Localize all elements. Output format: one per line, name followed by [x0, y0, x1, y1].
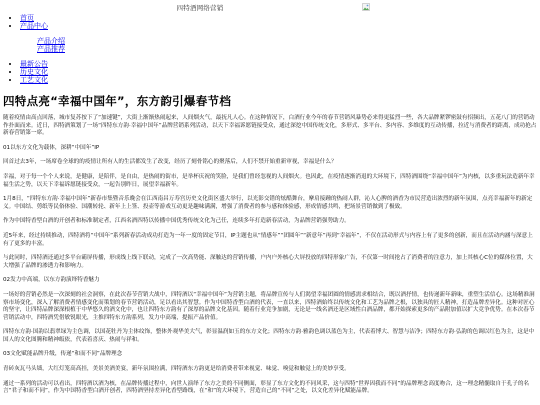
nav-item-news: 最新公告 — [0, 60, 65, 68]
article-paragraph: 作为中国特香型白酒的开创者和标准制定者，江西名酒四特以传播中国优秀传统文化为己任… — [3, 218, 537, 226]
article-paragraph: 回首过去3年，一场席卷全球的的疫情让所有人的生活都发生了改变，经历了刻骨铭心的聚… — [3, 159, 537, 167]
article: 四特点亮“幸福中国年”，东方韵引爆春节档 随着疫情由高点回落，城市复苏按下了“加… — [3, 94, 537, 396]
products-subnav: 产品介绍 产品推荐 — [0, 37, 65, 53]
bullet-icon — [9, 25, 11, 27]
article-paragraph: 幸福，对于每一个个人来说，是健康，是陪伴，是自由，是热闹的街市，是举杯庆祝的笑脸… — [3, 174, 537, 189]
article-paragraph: 青砖灰瓦马头墙，大红灯笼高高挂，美景美酒美宴，新年氛围拉满，四特酒东方韵更是给消… — [3, 366, 537, 374]
bullet-icon — [9, 63, 11, 65]
nav-link-history[interactable]: 历史文化 — [20, 68, 48, 76]
bullet-icon — [9, 79, 11, 81]
nav-link-craft[interactable]: 工艺文化 — [20, 76, 48, 84]
article-title: 四特点亮“幸福中国年”，东方韵引爆春节档 — [3, 94, 537, 108]
subnav-link-product-intro[interactable]: 产品介绍 — [37, 37, 65, 45]
nav-item-products: 产品中心 — [0, 22, 65, 30]
bullet-icon — [9, 17, 11, 19]
section-heading: 01以东方文化为载体，深耕“中国年”IP — [3, 145, 537, 153]
main-nav: 首页 产品中心 产品介绍 产品推荐 最新公告 历史文化 工艺文化 — [0, 14, 65, 84]
article-paragraph: 一场好的营销必然是一次深刻的社会洞察，在此次春节营销大战中，四特酒以“幸福中国年… — [3, 292, 537, 322]
article-paragraph: 通过一系列的活动可以看出，四特酒以酒为核，在品牌传播过程中，向世人演绎了东方之美… — [3, 381, 537, 396]
broken-image-icon — [362, 3, 370, 11]
section-heading: 02发力中高端，以东方韵演绎特香魅力 — [3, 277, 537, 285]
article-paragraph: 随着疫情由高点回落，城市复苏按下了“加速键”，大街上渐渐热闹起来，人间烟火气，最… — [3, 115, 537, 138]
subnav-link-product-recommend[interactable]: 产品推荐 — [37, 45, 65, 53]
nav-item-home: 首页 — [0, 14, 65, 22]
article-paragraph: 与此同时，四特酒还通过多平台霸屏传播，形成线上线下联动，完成了一次高势能、深触达… — [3, 255, 537, 270]
site-title: 四特酒网络营销 — [160, 3, 240, 12]
nav-item-craft: 工艺文化 — [0, 76, 65, 84]
nav-item-history: 历史文化 — [0, 68, 65, 76]
article-paragraph: 四特东方韵·国韵以翡翠绿为主色调，以国花牡丹为主体纹饰，整体外观华美大气，彰显温… — [3, 329, 537, 344]
bullet-icon — [9, 71, 11, 73]
article-paragraph: 近5年来，经过持续推动，四特酒将“中国年”系列新春活动成功打造为一年一度的固定节… — [3, 233, 537, 248]
section-heading: 03文化赋能品牌升级，传递“和而不同”品牌理念 — [3, 351, 537, 359]
article-paragraph: 1月8日，“四特东方韵·幸福中国年”新春市集暨音乐晚会在江西南昌万寿宫历史文化街… — [3, 196, 537, 211]
header: 四特酒网络营销 — [0, 0, 540, 14]
nav-link-news[interactable]: 最新公告 — [20, 60, 48, 68]
nav-link-products[interactable]: 产品中心 — [20, 22, 48, 30]
nav-link-home[interactable]: 首页 — [20, 14, 34, 22]
